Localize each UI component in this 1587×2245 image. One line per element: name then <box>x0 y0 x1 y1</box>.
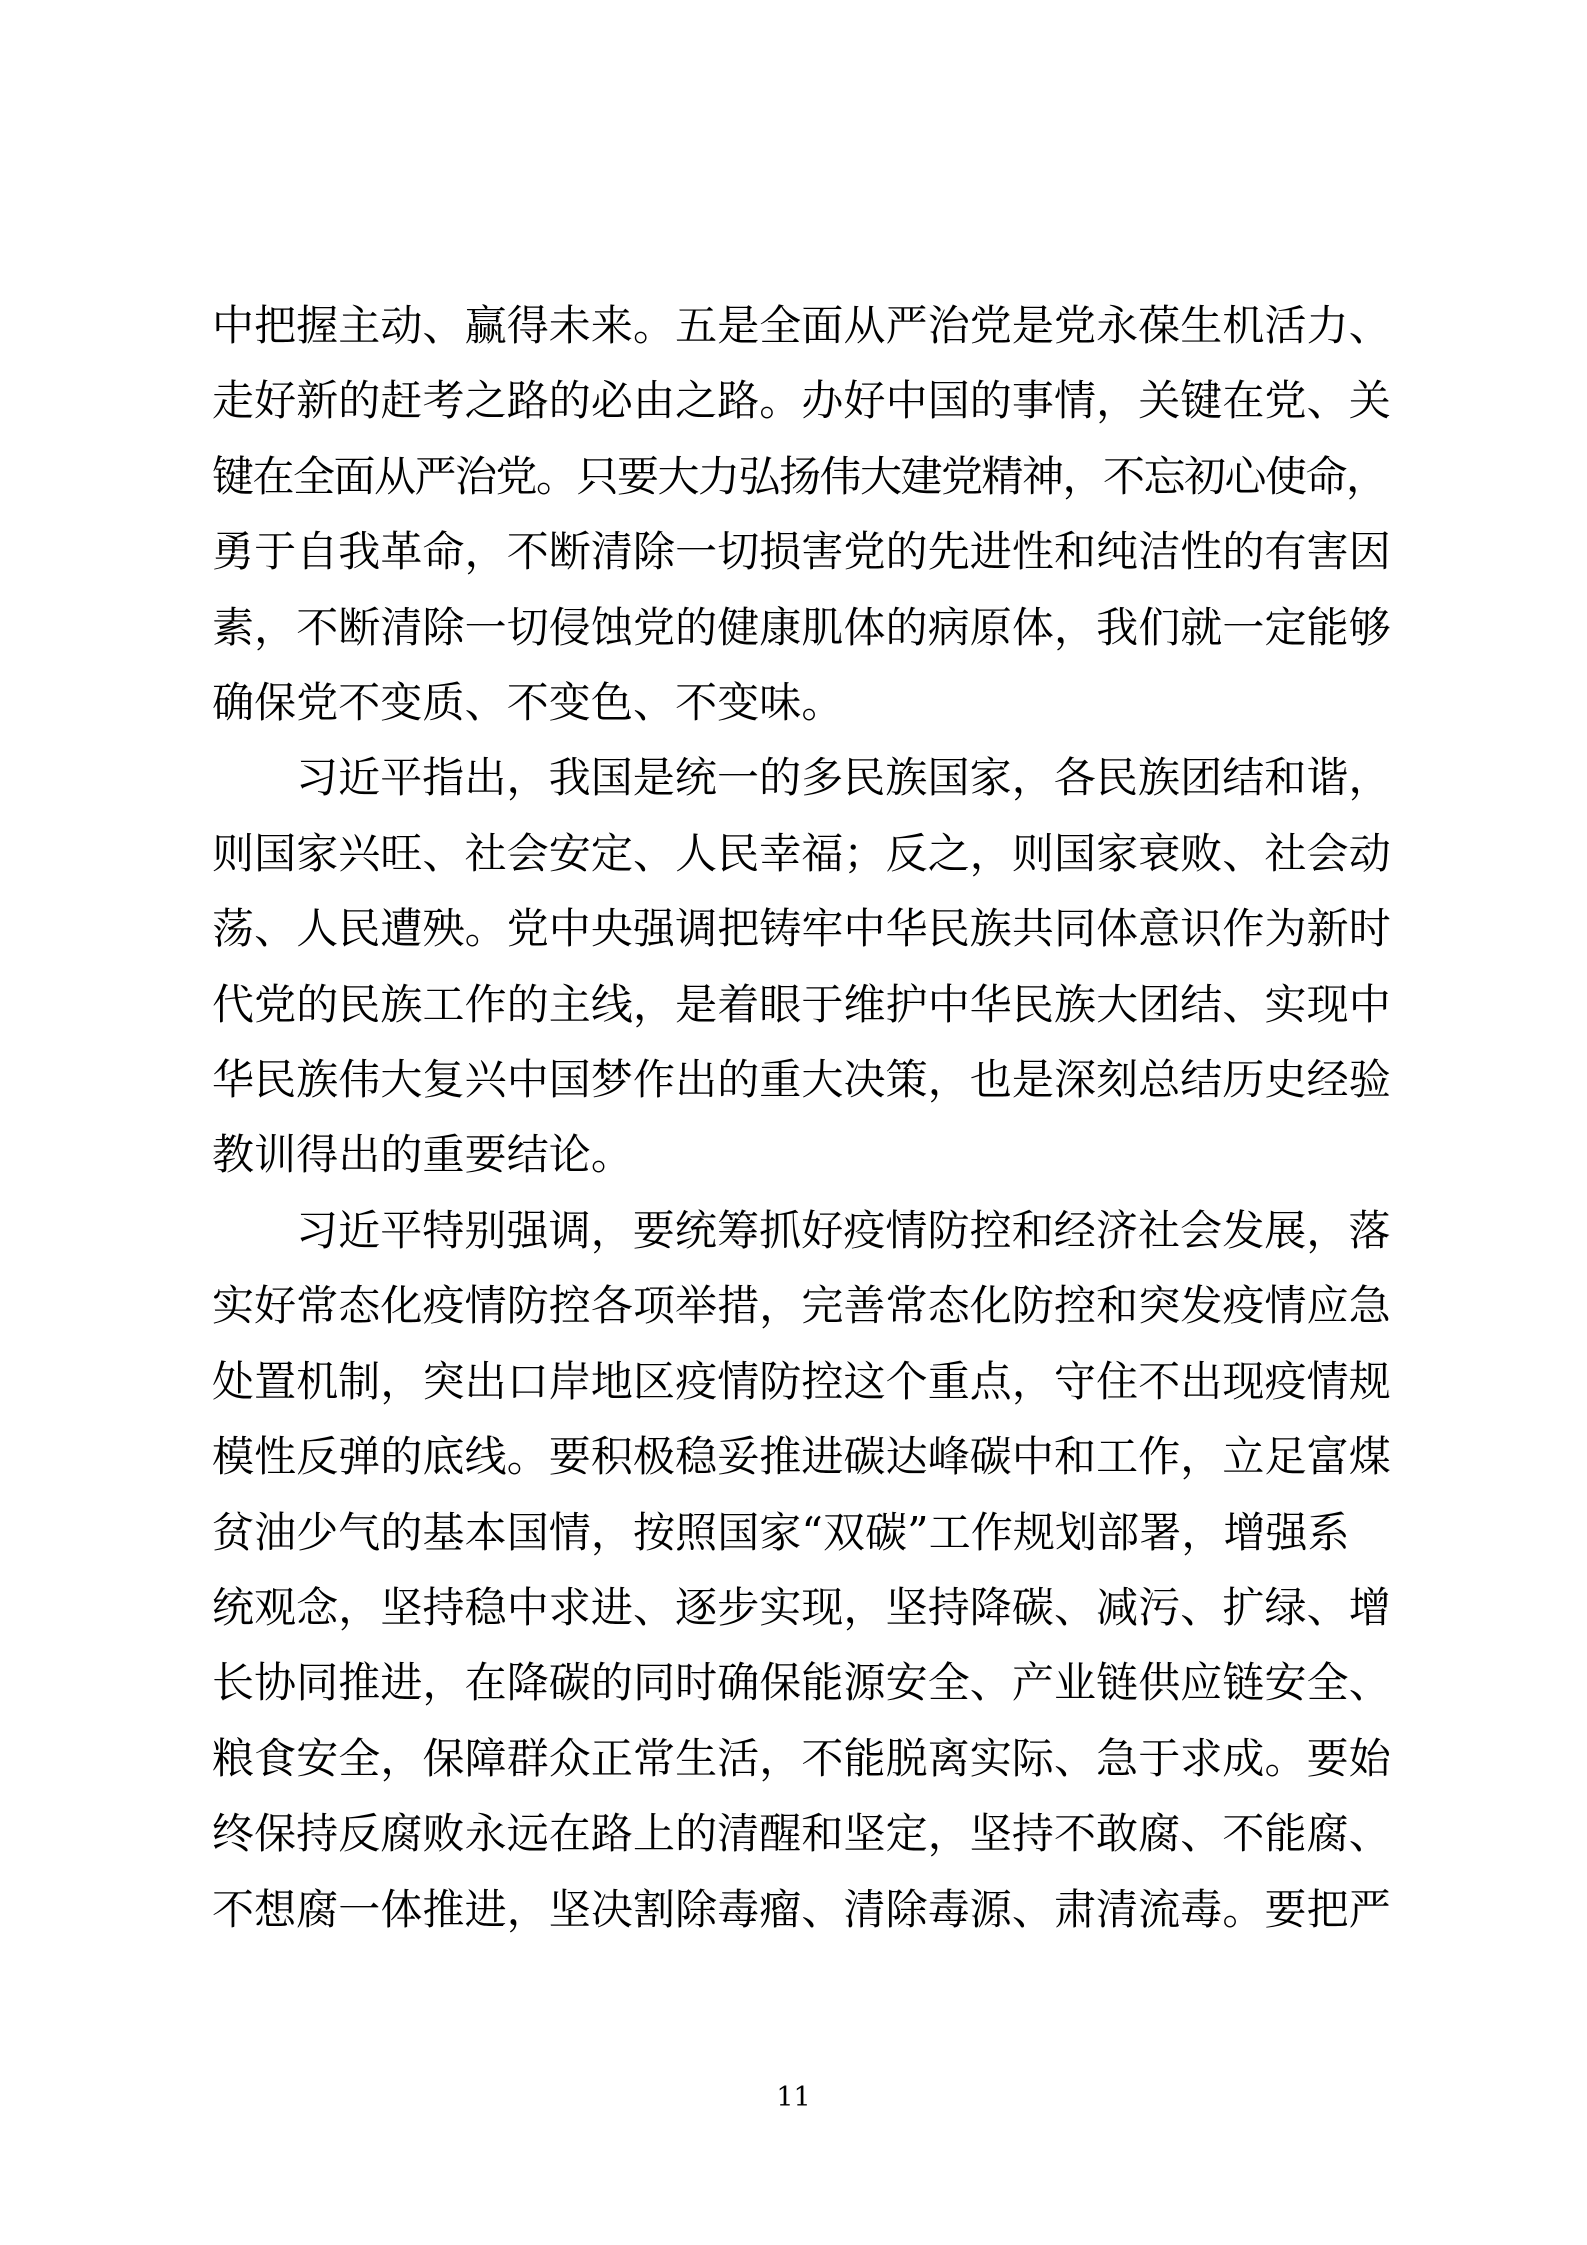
text-line: 模性反弹的底线。要积极稳妥推进碳达峰碳中和工作，立足富煤 <box>212 1419 1392 1494</box>
text-line: 华民族伟大复兴中国梦作出的重大决策，也是深刻总结历史经验 <box>212 1042 1392 1117</box>
text-line: 习近平特别强调，要统筹抓好疫情防控和经济社会发展，落 <box>212 1193 1392 1268</box>
text-line: 实好常态化疫情防控各项举措，完善常态化防控和突发疫情应急 <box>212 1268 1392 1343</box>
text-line: 确保党不变质、不变色、不变味。 <box>212 665 1392 740</box>
text-line: 不想腐一体推进，坚决割除毒瘤、清除毒源、肃清流毒。要把严 <box>212 1872 1392 1947</box>
text-line: 教训得出的重要结论。 <box>212 1117 1392 1192</box>
text-line: 荡、人民遭殃。党中央强调把铸牢中华民族共同体意识作为新时 <box>212 891 1392 966</box>
text-line: 代党的民族工作的主线，是着眼于维护中华民族大团结、实现中 <box>212 967 1392 1042</box>
document-page: 中把握主动、赢得未来。五是全面从严治党是党永葆生机活力、走好新的赶考之路的必由之… <box>0 0 1587 2245</box>
page-number: 11 <box>776 2082 810 2113</box>
text-line: 素，不断清除一切侵蚀党的健康肌体的病原体，我们就一定能够 <box>212 590 1392 665</box>
text-line: 勇于自我革命，不断清除一切损害党的先进性和纯洁性的有害因 <box>212 514 1392 589</box>
text-line: 贫油少气的基本国情，按照国家“双碳”工作规划部署，增强系 <box>212 1495 1392 1570</box>
text-line: 处置机制，突出口岸地区疫情防控这个重点，守住不出现疫情规 <box>212 1344 1392 1419</box>
text-line: 粮食安全，保障群众正常生活，不能脱离实际、急于求成。要始 <box>212 1721 1392 1796</box>
text-line: 习近平指出，我国是统一的多民族国家，各民族团结和谐， <box>212 740 1392 815</box>
text-line: 走好新的赶考之路的必由之路。办好中国的事情，关键在党、关 <box>212 363 1392 438</box>
text-line: 统观念，坚持稳中求进、逐步实现，坚持降碳、减污、扩绿、增 <box>212 1570 1392 1645</box>
text-line: 中把握主动、赢得未来。五是全面从严治党是党永葆生机活力、 <box>212 288 1392 363</box>
body-text: 中把握主动、赢得未来。五是全面从严治党是党永葆生机活力、走好新的赶考之路的必由之… <box>212 288 1392 1947</box>
text-line: 则国家兴旺、社会安定、人民幸福；反之，则国家衰败、社会动 <box>212 816 1392 891</box>
text-line: 终保持反腐败永远在路上的清醒和坚定，坚持不敢腐、不能腐、 <box>212 1796 1392 1871</box>
text-line: 键在全面从严治党。只要大力弘扬伟大建党精神，不忘初心使命， <box>212 439 1392 514</box>
page-footer: 11 <box>0 2082 1587 2114</box>
text-line: 长协同推进，在降碳的同时确保能源安全、产业链供应链安全、 <box>212 1645 1392 1720</box>
